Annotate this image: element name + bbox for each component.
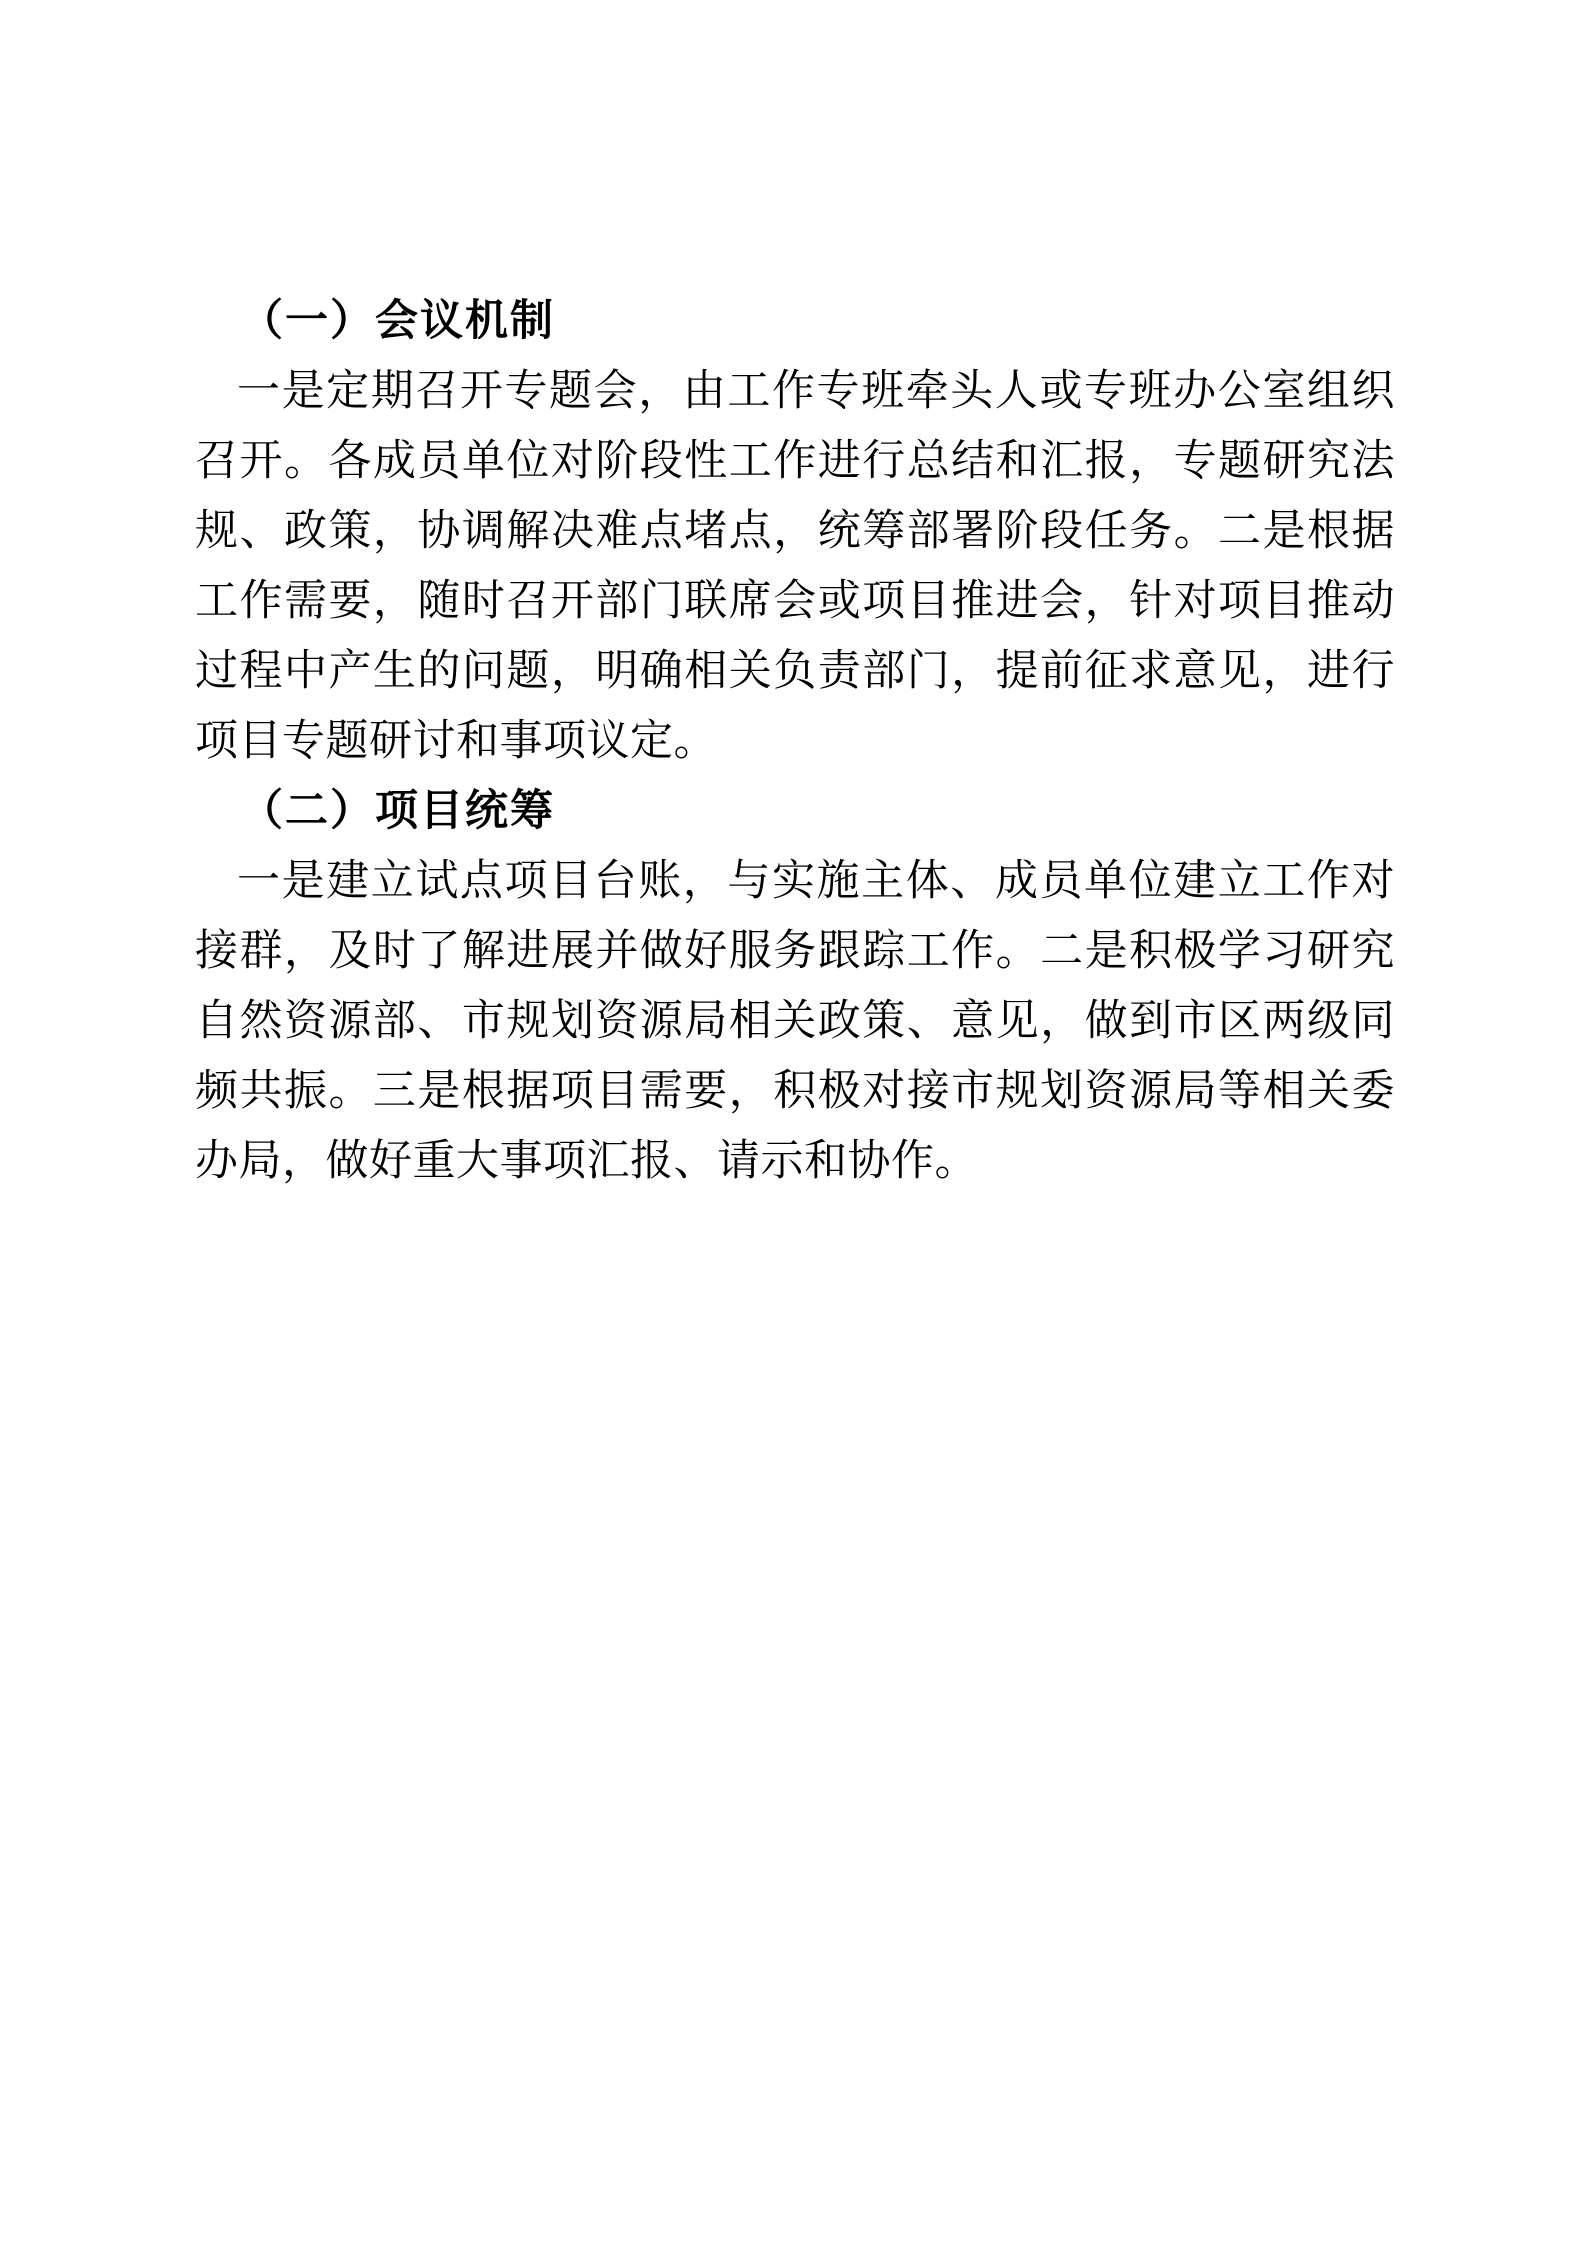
section-heading-2: （二）项目统筹 <box>195 777 1395 847</box>
section-paragraph-1: 一是定期召开专题会，由工作专班牵头人或专班办公室组织召开。各成员单位对阶段性工作… <box>195 357 1395 777</box>
document-page: （一）会议机制 一是定期召开专题会，由工作专班牵头人或专班办公室组织召开。各成员… <box>0 0 1587 2245</box>
document-content: （一）会议机制 一是定期召开专题会，由工作专班牵头人或专班办公室组织召开。各成员… <box>195 287 1395 1197</box>
section-heading-1: （一）会议机制 <box>195 287 1395 357</box>
section-paragraph-2: 一是建立试点项目台账，与实施主体、成员单位建立工作对接群，及时了解进展并做好服务… <box>195 847 1395 1197</box>
